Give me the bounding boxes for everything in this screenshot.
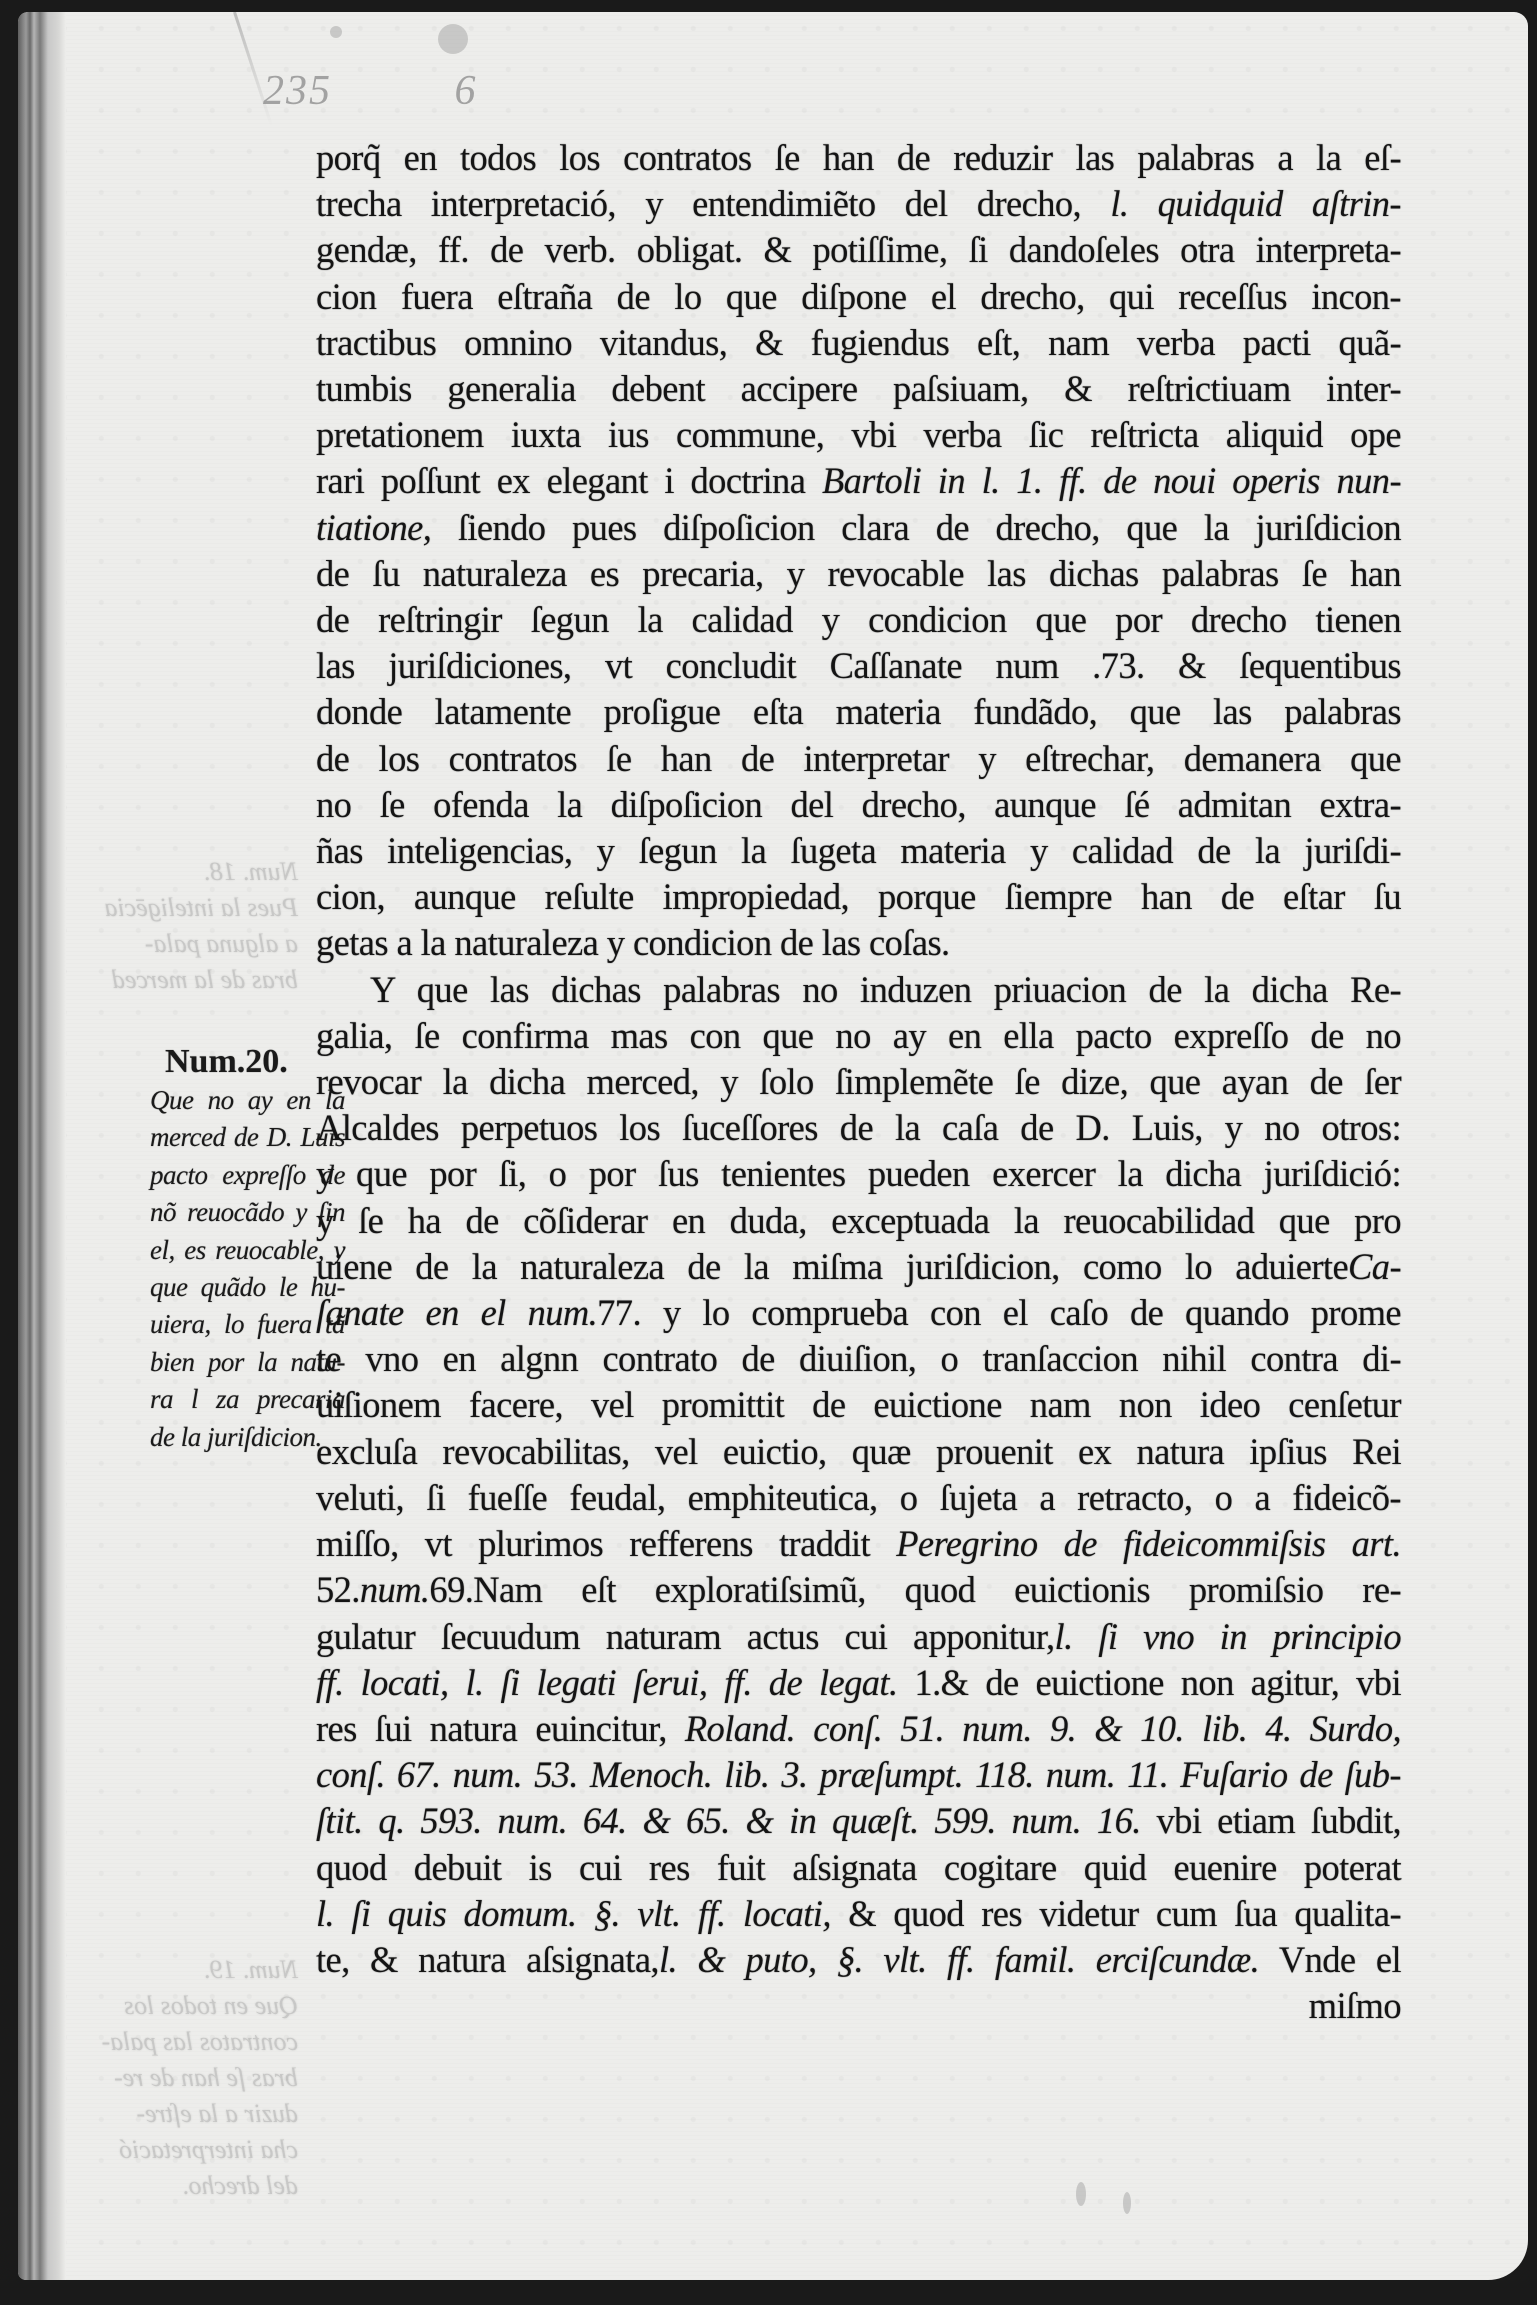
text-line: gulatur ſecuudum naturam actus cui appon…: [316, 1614, 1401, 1660]
text-line: de los contratos ſe han de interpretar y…: [316, 736, 1401, 782]
text-line: y que por ſi, o por ſus tenientes pueden…: [316, 1151, 1401, 1197]
text-line: uiſionem facere, vel promittit de euicti…: [316, 1382, 1401, 1428]
text-line: res ſui natura euincitur, Roland. conſ. …: [316, 1706, 1401, 1752]
text-line: de reſtringir ſegun la calidad y condici…: [316, 597, 1401, 643]
text-line: cion, aunque reſulte impropiedad, porque…: [316, 874, 1401, 920]
book-binding-edge: [18, 12, 66, 2280]
ink-spot: [1123, 2192, 1131, 2214]
text-line: excluſa revocabilitas, vel euictio, quæ …: [316, 1429, 1401, 1475]
text-line: revocar la dicha merced, y ſolo ſimplemẽ…: [316, 1059, 1401, 1105]
text-line: donde latamente proſigue eſta materia fu…: [316, 689, 1401, 735]
text-line: veluti, ſi fueſſe feudal, emphiteutica, …: [316, 1475, 1401, 1521]
text-line: conſ. 67. num. 53. Menoch. lib. 3. præſu…: [316, 1752, 1401, 1798]
text-line: no ſe ofenda la diſpoſicion del drecho, …: [316, 782, 1401, 828]
text-line: uiene de la naturaleza de la miſma juriſ…: [316, 1244, 1401, 1290]
text-line: rari poſſunt ex elegant i doctrina Barto…: [316, 458, 1401, 504]
text-line: tractibus omnino vitandus, & fugiendus e…: [316, 320, 1401, 366]
text-line: tiatione, ſiendo pues diſpoſicion clara …: [316, 505, 1401, 551]
text-line: cion fuera eſtraña de lo que diſpone el …: [316, 274, 1401, 320]
ink-spot: [438, 24, 468, 54]
text-line: te, & natura aſsignata,l. & puto, §. vlt…: [316, 1937, 1401, 1983]
text-line: Alcaldes perpetuos los ſuceſſores de la …: [316, 1105, 1401, 1151]
text-line: getas a la naturaleza y condicion de las…: [316, 920, 1401, 966]
text-line: te vno en algnn contrato de diuiſion, o …: [316, 1336, 1401, 1382]
text-line: tumbis generalia debent accipere paſsiua…: [316, 366, 1401, 412]
text-line: las juriſdiciones, vt concludit Caſſanat…: [316, 643, 1401, 689]
text-line: pretationem iuxta ius commune, vbi verba…: [316, 412, 1401, 458]
show-through-text-upper: Num. 18. Pues la inteligēcia a alguna pa…: [38, 854, 298, 998]
text-line: ſtit. q. 593. num. 64. & 65. & in quæſt.…: [316, 1798, 1401, 1844]
text-line: trecha interpretació, y entendimiẽto del…: [316, 181, 1401, 227]
ink-spot: [1076, 2182, 1086, 2206]
book-page: 235 6 Num. 18. Pues la inteligēcia a alg…: [18, 12, 1528, 2280]
show-through-text-lower: Num. 19. Que en todos los contratos las …: [38, 1952, 298, 2204]
text-line: miſſo, vt plurimos refferens traddit Per…: [316, 1521, 1401, 1567]
text-line: l. ſi quis domum. §. vlt. ff. locati, & …: [316, 1891, 1401, 1937]
text-line: de ſu naturaleza es precaria, y revocabl…: [316, 551, 1401, 597]
main-text-block: porq̃ en todos los contratos ſe han de r…: [316, 135, 1401, 2029]
text-line: galia, ſe confirma mas con que no ay en …: [316, 1013, 1401, 1059]
text-line: porq̃ en todos los contratos ſe han de r…: [316, 135, 1401, 181]
paragraph-start-line: Y que las dichas palabras no induzen pri…: [316, 967, 1401, 1013]
faint-folio-number: 235 6: [263, 67, 478, 115]
text-line: ſanate en el num.77. y lo comprueba con …: [316, 1290, 1401, 1336]
ink-spot: [330, 26, 342, 38]
text-line: quod debuit is cui res fuit aſsignata co…: [316, 1845, 1401, 1891]
text-line: y ſe ha de cõſiderar en duda, exceptuada…: [316, 1198, 1401, 1244]
text-line: ff. locati, l. ſi legati ſerui, ff. de l…: [316, 1660, 1401, 1706]
text-line: 52.num.69.Nam eſt exploratiſsimũ, quod e…: [316, 1567, 1401, 1613]
text-line: ñas inteligencias, y ſegun la ſugeta mat…: [316, 828, 1401, 874]
catchword: miſmo: [316, 1983, 1401, 2029]
text-line: gendæ, ff. de verb. obligat. & potiſſime…: [316, 227, 1401, 273]
